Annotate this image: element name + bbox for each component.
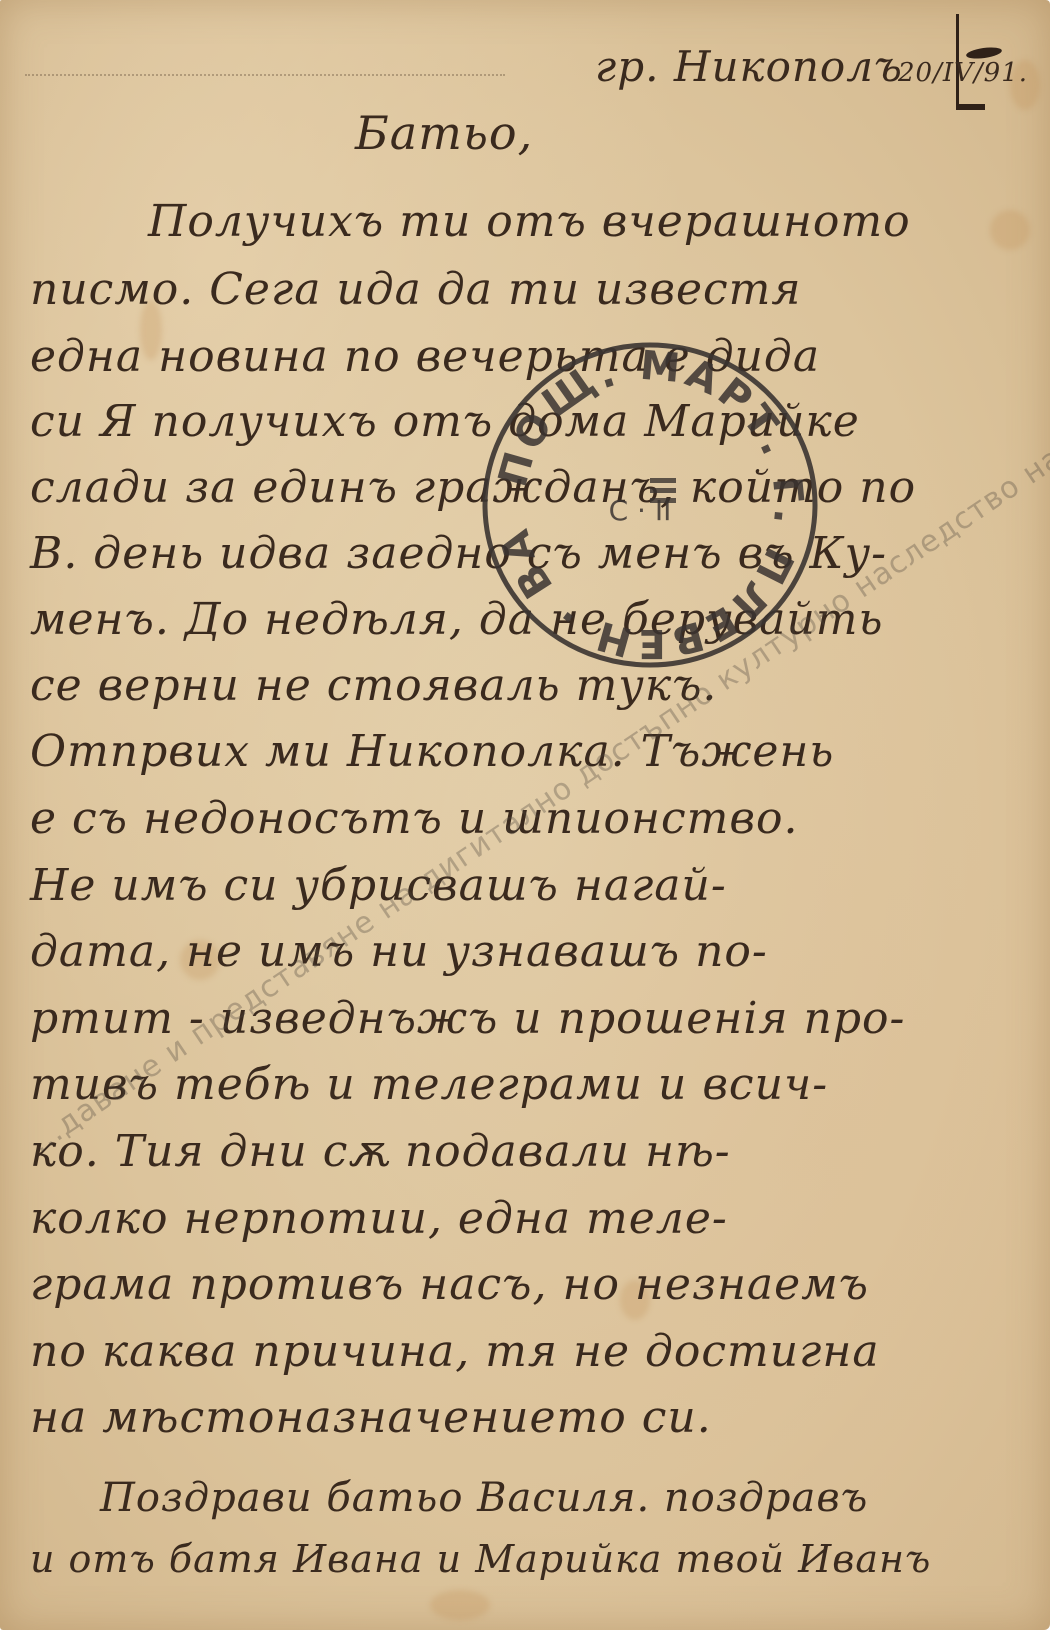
- body-line: Получихъ ти отъ вчерашното: [148, 200, 911, 244]
- closing-line: Поздрави батьо Василя. поздравъ: [100, 1478, 868, 1518]
- body-line: ртит - изведнъжъ и прошенія про-: [30, 997, 905, 1041]
- body-line: писмо. Сега ида да ти известя: [30, 268, 802, 312]
- dotted-fold-line: [25, 74, 505, 76]
- body-line: е съ недоносътъ и шпионство.: [30, 797, 798, 841]
- body-line: дата, не имъ ни узнавашъ по-: [30, 930, 768, 974]
- paper-stain: [430, 1590, 490, 1620]
- header-date: 20/IV/91.: [898, 58, 1028, 88]
- body-line: грама противъ насъ, но незнаемъ: [30, 1263, 869, 1307]
- closing-line: и отъ батя Ивана и Марийка твой Иванъ: [30, 1540, 931, 1578]
- body-line: по каква причина, тя не достигна: [30, 1330, 880, 1374]
- scan-border-right: [1050, 0, 1059, 1636]
- body-line: Отпрвих ми Никополка. Тъжень: [30, 730, 834, 774]
- scan-border-bottom: [0, 1630, 1059, 1636]
- body-line: на мѣстоназначението си.: [30, 1396, 712, 1440]
- header-place: гр. Никополъ: [595, 42, 903, 91]
- salutation: Батьо,: [355, 110, 533, 156]
- body-line: колко нерпотии, една теле-: [30, 1197, 728, 1241]
- body-line: ко. Тия дни сѫ подавали нѣ-: [30, 1130, 731, 1174]
- paper-stain: [990, 210, 1030, 250]
